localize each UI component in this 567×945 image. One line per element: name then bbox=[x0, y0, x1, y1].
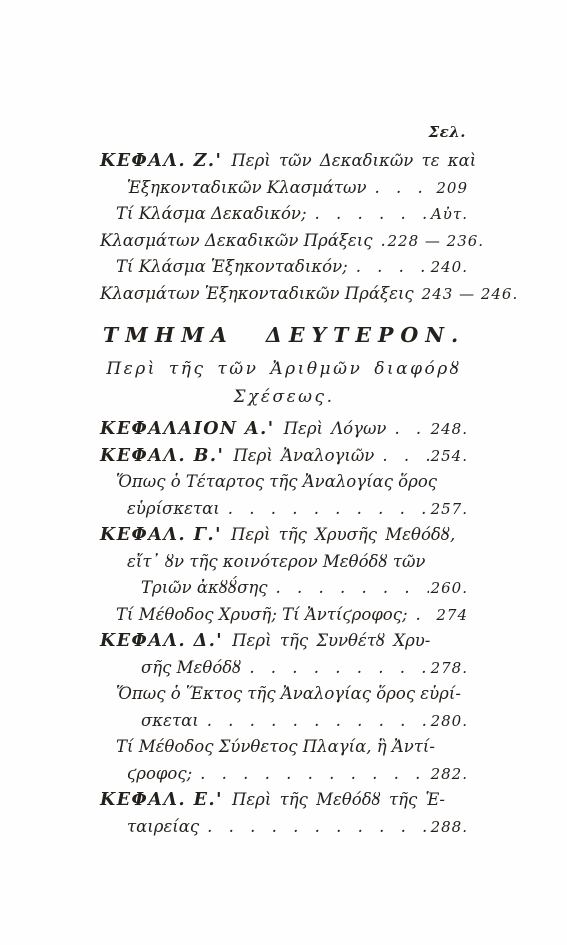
entry-text: Περὶ τῆς Συνθέτȣ Χρυ- bbox=[232, 628, 430, 655]
dot-leader: . . . . . . . . . . . . . . . . . . . . … bbox=[408, 602, 435, 629]
section-subtitle: Περὶ τῆς τῶν Ἀριθμῶν διαφόρȣ bbox=[100, 355, 468, 383]
dot-leader: . . . . . . . . . . . . . . . . . . . . … bbox=[307, 201, 429, 228]
toc-line: Τί Κλάσμα Ἑξηκονταδικόν;. . . . . . . . … bbox=[100, 254, 468, 281]
page-number: 243 — 246. bbox=[422, 281, 519, 308]
page-number: 288. bbox=[431, 814, 468, 841]
toc-line: Κλασμάτων Ἑξηκονταδικῶν Πράξεις 243 — 24… bbox=[100, 281, 468, 308]
dot-leader: . . . . . . . . . . . . . . . . . . . . … bbox=[220, 496, 429, 523]
entry-text: Τί Κλάσμα Ἑξηκονταδικόν; bbox=[116, 254, 348, 281]
toc-line: εἴτ᾽ ȣν τῆς κοινότερον Μεθόδȣ τῶν bbox=[100, 549, 468, 576]
toc-line: ΚΕΦΑΛ. Β.'Περὶ Ἀναλογιῶν. . . . . . . . … bbox=[100, 443, 468, 470]
entry-text: Περὶ τῆς Χρυσῆς Μεθόδȣ, bbox=[231, 522, 455, 549]
entry-text: Περὶ Ἀναλογιῶν bbox=[233, 443, 374, 470]
page-number: 240. bbox=[431, 254, 468, 281]
toc-line: Τί Κλάσμα Δεκαδικόν;. . . . . . . . . . … bbox=[100, 201, 468, 228]
entry-text: Τριῶν ἀκȣȣ́σης bbox=[141, 575, 267, 602]
page-number: 209 bbox=[436, 175, 468, 202]
chapter-label: ΚΕΦΑΛ. Δ.' bbox=[100, 628, 223, 655]
table-of-contents: ΚΕΦΑΛ. Ζ.'Περὶ τῶν Δεκαδικῶν τε καὶἙξηκο… bbox=[100, 148, 468, 840]
entry-text: Τί Μέθοδος Σύνθετος Πλαγία, ἢ Ἀντί- bbox=[116, 734, 435, 761]
spacer bbox=[414, 281, 420, 308]
dot-leader: . . . . . . . . . . . . . . . . . . . . … bbox=[199, 708, 429, 735]
entry-text: Τί Μέθοδος Χρυσῆ; Τί Ἀντίϛροφος; bbox=[116, 602, 408, 629]
page-number: 278. bbox=[431, 655, 468, 682]
entry-text: Ὅπως ὁ Ἕκτος τῆς Ἀναλογίας ὅρος εὑρί- bbox=[116, 681, 461, 708]
toc-line: εὑρίσκεται. . . . . . . . . . . . . . . … bbox=[100, 496, 468, 523]
dot-leader: . . . . . . . . . . . . . . . . . . . . … bbox=[267, 575, 428, 602]
page-number: 260. bbox=[431, 575, 468, 602]
toc-line: ΚΕΦΑΛ. Ε.'Περὶ τῆς Μεθόδȣ τῆς Ἑ- bbox=[100, 787, 468, 814]
entry-text: Ἑξηκονταδικῶν Κλασμάτων bbox=[127, 175, 367, 202]
toc-line: Ὅπως ὁ Τέταρτος τῆς Ἀναλογίας ὅρος bbox=[100, 469, 468, 496]
dot-leader: . . . . . . . . . . . . . . . . . . . . … bbox=[192, 761, 428, 788]
chapter-label: ΚΕΦΑΛ. Γ.' bbox=[100, 522, 222, 549]
entry-text: ταιρείας bbox=[127, 814, 199, 841]
entry-text: Κλασμάτων Δεκαδικῶν Πράξεις bbox=[100, 228, 372, 255]
page-number: 274 bbox=[436, 602, 468, 629]
page-number: 282. bbox=[431, 761, 468, 788]
page-number: 280. bbox=[431, 708, 468, 735]
toc-line: σῆς Μεθόδȣ. . . . . . . . . . . . . . . … bbox=[100, 655, 468, 682]
toc-line: σκεται. . . . . . . . . . . . . . . . . … bbox=[100, 708, 468, 735]
book-page: Σελ. ΚΕΦΑΛ. Ζ.'Περὶ τῶν Δεκαδικῶν τε καὶ… bbox=[0, 0, 567, 945]
entry-text: ϛροφος; bbox=[127, 761, 192, 788]
entry-text: Κλασμάτων Ἑξηκονταδικῶν Πράξεις bbox=[100, 281, 414, 308]
page-number: 228 — 236. bbox=[387, 228, 484, 255]
page-number: 248. bbox=[431, 416, 468, 443]
dot-leader: . . . . . . . . . . . . . . . . . . . . … bbox=[241, 655, 428, 682]
page-number: 254. bbox=[431, 443, 468, 470]
toc-line: ϛροφος;. . . . . . . . . . . . . . . . .… bbox=[100, 761, 468, 788]
dot-leader: . . . . . . . . . . . . . . . . . . . . … bbox=[199, 814, 428, 841]
entry-text: σῆς Μεθόδȣ bbox=[141, 655, 241, 682]
toc-line: ΚΕΦΑΛ. Ζ.'Περὶ τῶν Δεκαδικῶν τε καὶ bbox=[100, 148, 468, 175]
entry-text: Περὶ Λόγων bbox=[284, 416, 387, 443]
entry-text: Ὅπως ὁ Τέταρτος τῆς Ἀναλογίας ὅρος bbox=[116, 469, 437, 496]
entry-text: εὑρίσκεται bbox=[127, 496, 220, 523]
toc-line: ταιρείας. . . . . . . . . . . . . . . . … bbox=[100, 814, 468, 841]
toc-line: Τί Μέθοδος Χρυσῆ; Τί Ἀντίϛροφος;. . . . … bbox=[100, 602, 468, 629]
entry-text: Περὶ τῆς Μεθόδȣ τῆς Ἑ- bbox=[232, 787, 445, 814]
entry-text: Περὶ τῶν Δεκαδικῶν τε καὶ bbox=[231, 148, 476, 175]
toc-line: Τί Μέθοδος Σύνθετος Πλαγία, ἢ Ἀντί- bbox=[100, 734, 468, 761]
chapter-label: ΚΕΦΑΛ. Β.' bbox=[100, 443, 224, 470]
chapter-label: ΚΕΦΑΛ. Ε.' bbox=[100, 787, 223, 814]
dot-leader: . . . . . . . . . . . . . . . . . . . . … bbox=[374, 443, 428, 470]
entry-text: Τί Κλάσμα Δεκαδικόν; bbox=[116, 201, 307, 228]
toc-line: Τριῶν ἀκȣȣ́σης. . . . . . . . . . . . . … bbox=[100, 575, 468, 602]
page-number: Αὐτ. bbox=[431, 201, 468, 228]
toc-line: ΚΕΦΑΛ. Δ.'Περὶ τῆς Συνθέτȣ Χρυ- bbox=[100, 628, 468, 655]
chapter-label: ΚΕΦΑΛΑΙΟΝ Α.' bbox=[100, 416, 275, 443]
toc-line: ΚΕΦΑΛΑΙΟΝ Α.'Περὶ Λόγων. . . . . . . . .… bbox=[100, 416, 468, 443]
entry-text: εἴτ᾽ ȣν τῆς κοινότερον Μεθόδȣ τῶν bbox=[127, 549, 425, 576]
entry-text: σκεται bbox=[141, 708, 199, 735]
section-heading: ΤΜΗΜΑ ΔΕΥΤΕΡΟΝ. bbox=[100, 320, 468, 350]
toc-line: ΚΕΦΑΛ. Γ.'Περὶ τῆς Χρυσῆς Μεθόδȣ, bbox=[100, 522, 468, 549]
dot-leader: . . . . . . . . . . . . . . . . . . . . … bbox=[386, 416, 428, 443]
section-subtitle: Σχέσεως. bbox=[100, 383, 468, 411]
toc-line: Ἑξηκονταδικῶν Κλασμάτων. . . . . . . . .… bbox=[100, 175, 468, 202]
toc-line: Κλασμάτων Δεκαδικῶν Πράξεις. . . . . . .… bbox=[100, 228, 468, 255]
dot-leader: . . . . . . . . . . . . . . . . . . . . … bbox=[367, 175, 435, 202]
dot-leader: . . . . . . . . . . . . . . . . . . . . … bbox=[372, 228, 385, 255]
dot-leader: . . . . . . . . . . . . . . . . . . . . … bbox=[348, 254, 429, 281]
page-column-label: Σελ. bbox=[100, 122, 468, 142]
chapter-label: ΚΕΦΑΛ. Ζ.' bbox=[100, 148, 222, 175]
page-number: 257. bbox=[431, 496, 468, 523]
toc-line: Ὅπως ὁ Ἕκτος τῆς Ἀναλογίας ὅρος εὑρί- bbox=[100, 681, 468, 708]
